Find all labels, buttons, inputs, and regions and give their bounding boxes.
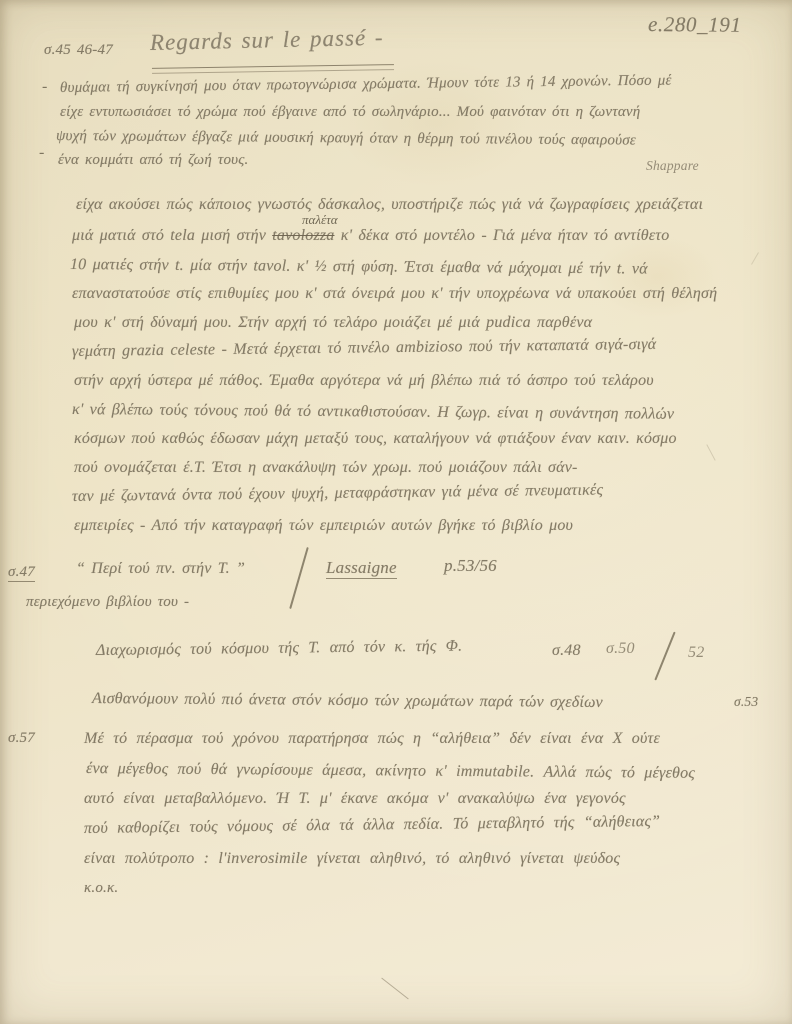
manuscript-page: e.280_191 σ.45 46-47 Regards sur le pass… xyxy=(0,0,792,1024)
pencil-slash xyxy=(654,632,675,681)
paper-scratch xyxy=(706,444,715,460)
handwritten-line: κόσμων πού καθώς έδωσαν μάχη μεταξύ τους… xyxy=(74,430,677,448)
margin-dash: - xyxy=(39,144,44,162)
margin-dash: - xyxy=(42,78,47,96)
title-page-ref: σ.45 46-47 xyxy=(44,42,113,59)
paper-scratch xyxy=(751,252,759,265)
page-citation: p.53/56 xyxy=(444,556,497,576)
handwritten-line: ένα κομμάτι από τή ζωή τους. xyxy=(58,152,249,169)
handwritten-line: θυμάμαι τή συγκίνησή μου όταν πρωτογνώρι… xyxy=(60,73,672,97)
book-title-quote: “ Περί τού πν. στήν Τ. ” xyxy=(76,560,245,578)
handwritten-line: ένα μέγεθος πού θά γνωρίσουμε άμεσα, ακί… xyxy=(86,760,695,783)
handwritten-line: εμπειρίες - Από τήν καταγραφή τών εμπειρ… xyxy=(74,517,573,535)
handwritten-line: ταν μέ ζωντανά όντα πού έχουν ψυχή, μετα… xyxy=(72,482,603,506)
handwritten-line: 10 ματιές στήν t. μία στήν tavol. κ' ½ σ… xyxy=(70,256,648,279)
pencil-slash xyxy=(289,547,308,609)
crossed-out-word: tavolozza xyxy=(272,227,334,244)
title-pencil-underline xyxy=(152,64,394,74)
page-title: Regards sur le passé - xyxy=(150,25,384,56)
handwritten-line: μιά ματιά στό tela μισή στήν tavolozza κ… xyxy=(72,227,669,245)
page-ref: σ.53 xyxy=(734,694,758,710)
page-ref: σ.48 xyxy=(552,642,581,660)
handwritten-line: επαναστατούσε στίς επιθυμίες μου κ' στά … xyxy=(72,285,717,303)
handwritten-line: ψυχή τών χρωμάτων έβγαζε μιά μουσική κρα… xyxy=(56,128,636,150)
page-ref: 52 xyxy=(688,644,704,662)
interline-insertion: παλέτα xyxy=(302,212,338,228)
handwritten-line: πού ονομάζεται έ.Τ. Έτσι η ανακάλυψη τών… xyxy=(74,459,578,477)
handwritten-line: αυτό είναι μεταβαλλόμενο. Ή Τ. μ' έκανε … xyxy=(84,790,626,808)
handwritten-line: είχα ακούσει πώς κάποιος γνωστός δάσκαλο… xyxy=(76,196,703,214)
page-ref: σ.50 xyxy=(606,640,635,658)
handwritten-line: Μέ τό πέρασμα τού χρόνου παρατήρησα πώς … xyxy=(84,730,660,748)
handwritten-line: είναι πολύτροπο : l'inverosimile γίνεται… xyxy=(84,850,620,868)
paper-scratch xyxy=(381,978,408,1000)
handwritten-line: πού καθορίζει τούς νόμους σέ όλα τά άλλα… xyxy=(84,813,660,838)
handwritten-line: γεμάτη grazia celeste - Μετά έρχεται τό … xyxy=(72,336,657,361)
handwritten-line: στήν αρχή ύστερα μέ πάθος. Έμαθα αργότερ… xyxy=(74,372,654,390)
handwritten-line: κ.ο.κ. xyxy=(84,880,118,897)
handwritten-line: μου κ' στή δύναμή μου. Στήν αρχή τό τελά… xyxy=(74,314,592,332)
margin-page-ref: σ.57 xyxy=(8,730,35,747)
handwritten-line: Διαχωρισμός τού κόσμου τής Τ. από τόν κ.… xyxy=(96,638,463,660)
handwritten-line: κ' νά βλέπω τούς τόνους πού θά τό αντικα… xyxy=(72,401,674,424)
source-citation: Lassaigne xyxy=(326,558,397,578)
handwritten-line: Αισθανόμουν πολύ πιό άνετα στόν κόσμο τώ… xyxy=(92,690,603,712)
margin-page-ref: σ.47 xyxy=(8,564,35,581)
attribution-note: Shappare xyxy=(646,158,699,174)
handwritten-line: είχε εντυπωσιάσει τό χρώμα πού έβγαινε α… xyxy=(60,104,640,121)
archive-code: e.280_191 xyxy=(648,12,742,38)
handwritten-note: περιεχόμενο βιβλίου του - xyxy=(26,594,189,611)
